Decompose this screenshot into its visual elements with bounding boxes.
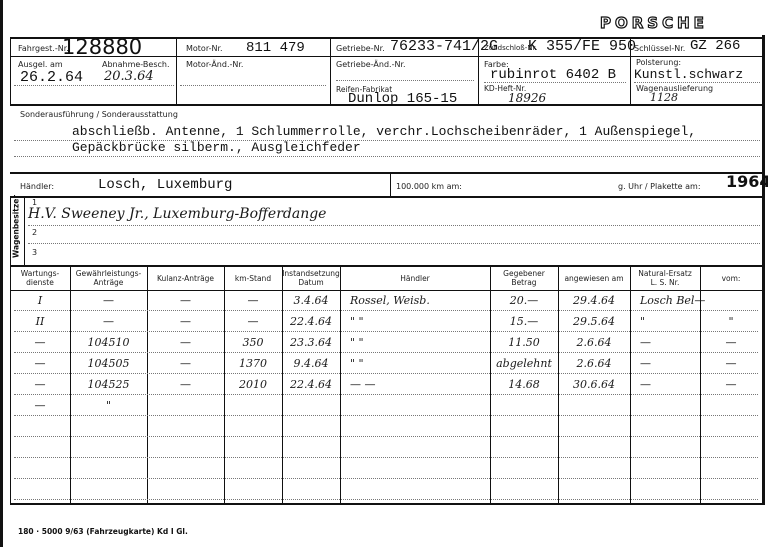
table-cell: 14.68 <box>490 378 558 391</box>
dealer-value: Losch, Luxemburg <box>98 177 232 193</box>
column-header: Natural-ErsatzL. S. Nr. <box>630 269 700 287</box>
clock-year: 1964 <box>726 172 768 191</box>
column-header: vom: <box>700 274 762 283</box>
table-cell: II <box>10 315 70 328</box>
table-cell: — <box>147 336 224 349</box>
delivered-label: Ausgel. am <box>18 60 63 69</box>
table-cell: 104505 <box>70 357 147 370</box>
table-cell: — <box>70 294 147 307</box>
upholstery-value: Kunstl.schwarz <box>634 67 743 82</box>
column-header: km-Stand <box>224 274 282 283</box>
table-cell: — <box>630 357 710 370</box>
table-cell: " " <box>340 336 500 349</box>
table-cell: 3.4.64 <box>282 294 340 307</box>
table-cell: " <box>630 315 710 328</box>
key-label: Schlüssel-Nr. <box>634 44 685 53</box>
porsche-logo: PORSCHE <box>600 14 708 32</box>
table-cell: 1370 <box>224 357 282 370</box>
owner-1: H.V. Sweeney Jr., Luxemburg-Bofferdange <box>28 206 326 222</box>
table-cell: 23.3.64 <box>282 336 340 349</box>
table-cell: 20.— <box>490 294 558 307</box>
table-cell: 11.50 <box>490 336 558 349</box>
gearbox-number: 76233-741/2G <box>390 38 498 55</box>
table-cell: — <box>630 378 710 391</box>
table-cell: 2.6.64 <box>558 336 630 349</box>
table-cell: " <box>700 315 762 328</box>
table-cell: 22.4.64 <box>282 315 340 328</box>
right-edge <box>762 35 765 505</box>
table-cell: 29.4.64 <box>558 294 630 307</box>
table-cell: 9.4.64 <box>282 357 340 370</box>
table-cell: — <box>10 399 70 412</box>
table-cell: 2010 <box>224 378 282 391</box>
special-line-1: abschließb. Antenne, 1 Schlummerrolle, v… <box>72 124 696 139</box>
table-cell: 29.5.64 <box>558 315 630 328</box>
table-cell: 22.4.64 <box>282 378 340 391</box>
table-cell: 104510 <box>70 336 147 349</box>
table-cell: 15.— <box>490 315 558 328</box>
table-cell: — <box>10 357 70 370</box>
table-cell: — <box>224 315 282 328</box>
table-cell: — <box>147 357 224 370</box>
column-header: angewiesen am <box>558 274 630 283</box>
gearbox-label: Getriebe-Nr. <box>336 44 385 53</box>
column-header: Händler <box>340 274 490 283</box>
column-header: Kulanz-Anträge <box>147 274 224 283</box>
table-cell: 30.6.64 <box>558 378 630 391</box>
ignition-number: K 355/FE 950 <box>528 38 636 55</box>
table-cell: 2.6.64 <box>558 357 630 370</box>
table-cell: abgelehnt <box>490 357 558 370</box>
key-number: GZ 266 <box>690 38 740 54</box>
column-header: Wartungs-dienste <box>10 269 70 287</box>
table-cell: " " <box>340 315 500 328</box>
table-cell: — <box>630 336 710 349</box>
print-code: 180 · 5000 9/63 (Fahrzeugkarte) Kd I Gl. <box>18 527 188 536</box>
motor-number: 811 479 <box>246 40 305 56</box>
owners-side-label: Wagenbesitzer <box>12 192 21 262</box>
table-cell: Rossel, Weisb. <box>340 294 500 307</box>
table-cell: — <box>700 378 762 391</box>
tire-value: Dunlop 165-15 <box>348 91 457 107</box>
table-cell: — <box>147 294 224 307</box>
acceptance-date: 20.3.64 <box>104 69 154 84</box>
column-header: InstandsetzungDatum <box>282 269 340 287</box>
left-edge <box>0 0 3 547</box>
table-cell: — <box>10 336 70 349</box>
km-100000-label: 100.000 km am: <box>396 182 462 191</box>
table-cell: — — <box>340 378 500 391</box>
motor-label: Motor-Nr. <box>186 44 223 53</box>
table-cell: — <box>700 357 762 370</box>
motor-change-label: Motor-Änd.-Nr. <box>186 60 243 69</box>
delivery-value: 1128 <box>650 91 678 104</box>
kd-value: 18926 <box>508 91 546 105</box>
table-cell: — <box>147 378 224 391</box>
upholstery-label: Polsterung: <box>636 58 681 67</box>
table-cell: " <box>70 399 147 412</box>
table-cell: — <box>224 294 282 307</box>
special-label: Sonderausführung / Sonderausstattung <box>20 110 178 119</box>
column-header: GegebenerBetrag <box>490 269 558 287</box>
dealer-label: Händler: <box>20 182 54 191</box>
table-cell: — <box>70 315 147 328</box>
table-cell: I <box>10 294 70 307</box>
owner-num-2: 2 <box>32 228 37 237</box>
table-cell: 350 <box>224 336 282 349</box>
table-cell: Losch Bel— <box>630 294 710 307</box>
acceptance-label: Abnahme-Besch. <box>102 60 170 69</box>
chassis-number: 128880 <box>62 35 142 59</box>
special-line-2: Gepäckbrücke silberm., Ausgleichfeder <box>72 140 361 155</box>
delivered-date: 26.2.64 <box>20 69 83 86</box>
column-header: Gewährleistungs-Anträge <box>70 269 147 287</box>
table-cell: — <box>700 336 762 349</box>
table-cell: — <box>147 315 224 328</box>
table-cell: 104525 <box>70 378 147 391</box>
owner-num-3: 3 <box>32 248 37 257</box>
color-value: rubinrot 6402 B <box>490 67 616 83</box>
table-cell: " " <box>340 357 500 370</box>
gearbox-change-label: Getriebe-Änd.-Nr. <box>336 60 406 69</box>
table-cell: — <box>10 378 70 391</box>
clock-label: g. Uhr / Plakette am: <box>618 182 701 191</box>
